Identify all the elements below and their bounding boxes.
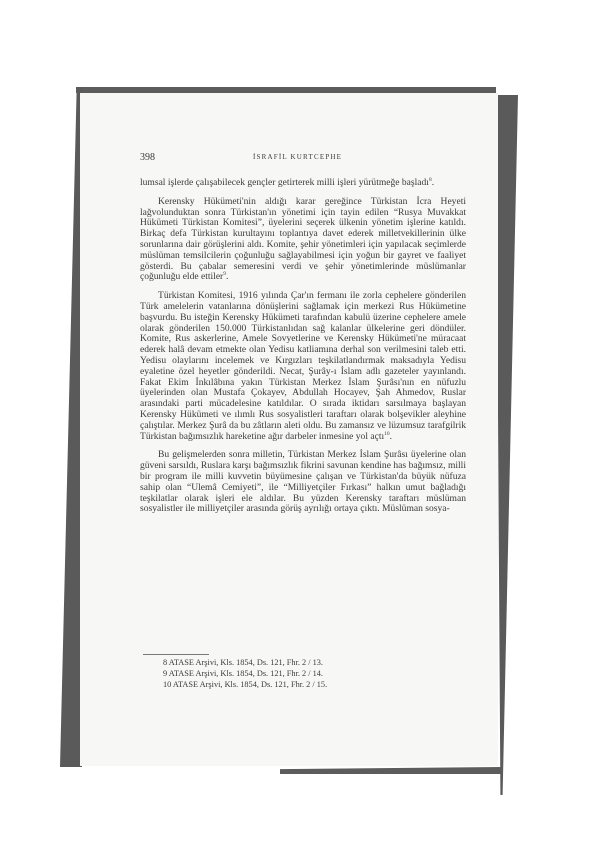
footnote-separator: [143, 654, 209, 655]
paragraph: lumsal işlerde çalışabilecek gençler get…: [140, 178, 466, 189]
paragraph: Bu gelişmelerden sonra milletin, Türkist…: [140, 450, 466, 515]
footnote-8: 8 ATASE Arşivi, Kls. 1854, Ds. 121, Fhr.…: [163, 657, 327, 668]
footnotes: 8 ATASE Arşivi, Kls. 1854, Ds. 121, Fhr.…: [163, 657, 327, 690]
paragraph: Türkistan Komitesi, 1916 yılında Çar'ın …: [140, 291, 466, 442]
paragraph-text: lumsal işlerde çalışabilecek gençler get…: [140, 177, 429, 188]
scan-border-right: [496, 95, 518, 795]
body-text: lumsal işlerde çalışabilecek gençler get…: [140, 178, 466, 523]
running-head-author: İSRAFİL KURTCEPHE: [253, 153, 342, 161]
paragraph-text: Türkistan Komitesi, 1916 yılında Çar'ın …: [140, 290, 466, 441]
footnote-10: 10 ATASE Arşivi, Kls. 1854, Ds. 121, Fhr…: [163, 679, 327, 690]
paragraph-text: Bu gelişmelerden sonra milletin, Türkist…: [140, 449, 466, 514]
page-number: 398: [140, 152, 155, 163]
scan-border-left: [60, 87, 82, 767]
running-head: 398 İSRAFİL KURTCEPHE: [140, 152, 466, 166]
paragraph-text: Kerensky Hükümeti'nin aldığı karar gereğ…: [140, 196, 466, 283]
paragraph: Kerensky Hükümeti'nin aldığı karar gereğ…: [140, 197, 466, 283]
scan-border-bottom: [280, 767, 502, 774]
footnote-9: 9 ATASE Arşivi, Kls. 1854, Ds. 121, Fhr.…: [163, 668, 327, 679]
